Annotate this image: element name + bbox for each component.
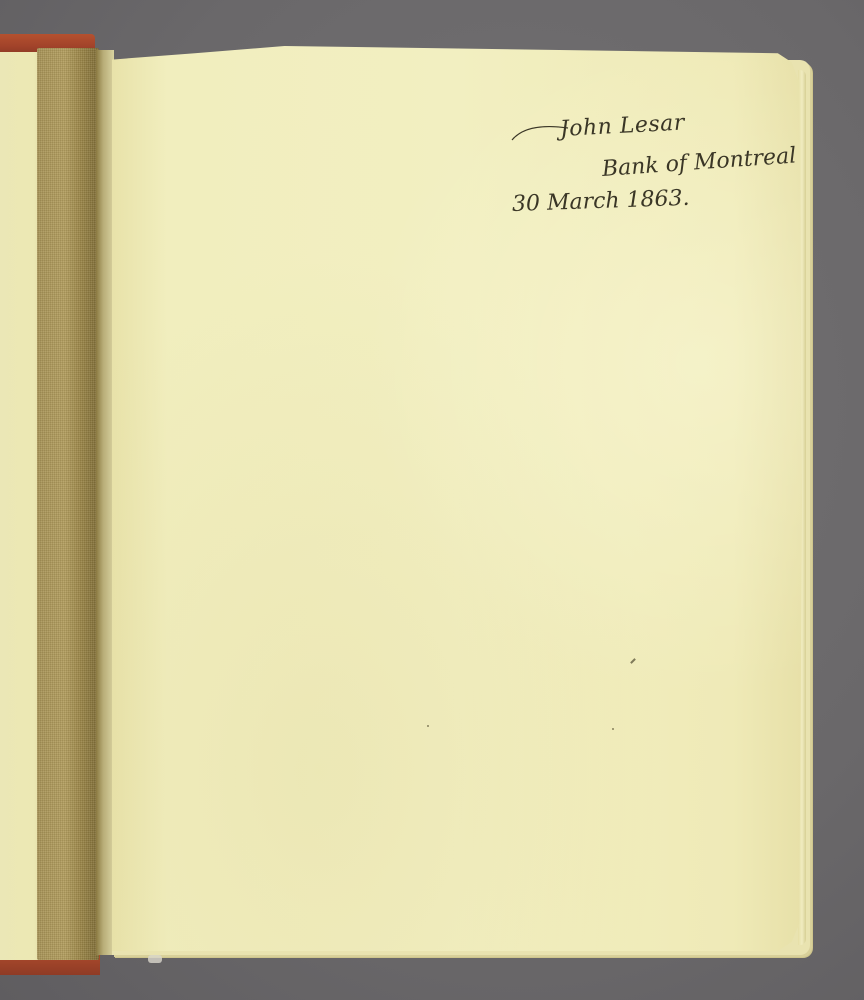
cloth-spine-hinge [37,48,99,960]
inscription-name: John Lesar [559,110,685,142]
inscription-date: 30 March 1863. [512,186,690,217]
page-spot [612,728,614,730]
paper-scrap [148,955,162,963]
handwritten-inscription: John Lesar Bank of Montreal 30 March 186… [510,112,800,232]
page-spot [427,725,429,727]
inscription-institution: Bank of Montreal [601,143,797,182]
